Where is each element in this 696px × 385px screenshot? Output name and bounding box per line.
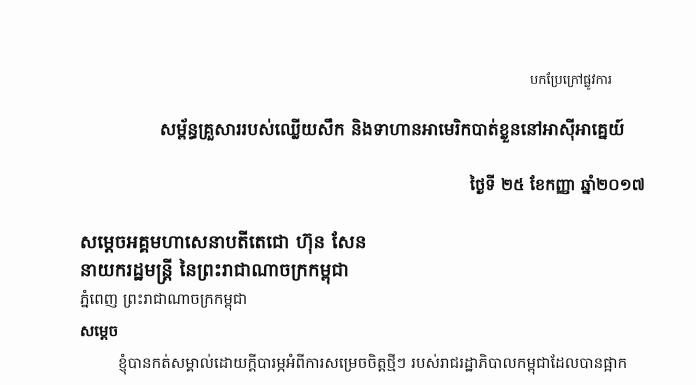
- body-paragraph-line-1: ខ្ញុំបានកត់សម្គាល់ដោយក្តីបារម្ភអំពីការសម…: [118, 356, 627, 371]
- salutation: សម្តេច: [80, 324, 118, 339]
- recipient-name: សម្តេចអគ្គមហាសេនាបតីតេជោ ហ៊ុន សែន: [80, 234, 367, 252]
- recipient-title: នាយករដ្ឋមន្ត្រី នៃព្រះរាជាណាចក្រកម្ពុជា: [80, 262, 349, 280]
- recipient-location: ភ្នំពេញ ព្រះរាជាណាចក្រកម្ពុជា: [80, 292, 247, 307]
- scanned-letter-page: បកប្រែក្រៅផ្លូវការ សម្ព័ន្ធគ្រួសាររបស់ឈ្…: [0, 0, 696, 385]
- letter-date: ថ្ងៃទី ២៥ ខែកញ្ញា ឆ្នាំ២០១៧: [470, 177, 645, 193]
- organization-heading: សម្ព័ន្ធគ្រួសាររបស់ឈ្លើយសឹក និងទាហានអាមេ…: [160, 122, 625, 139]
- unofficial-translation-label: បកប្រែក្រៅផ្លូវការ: [530, 74, 612, 87]
